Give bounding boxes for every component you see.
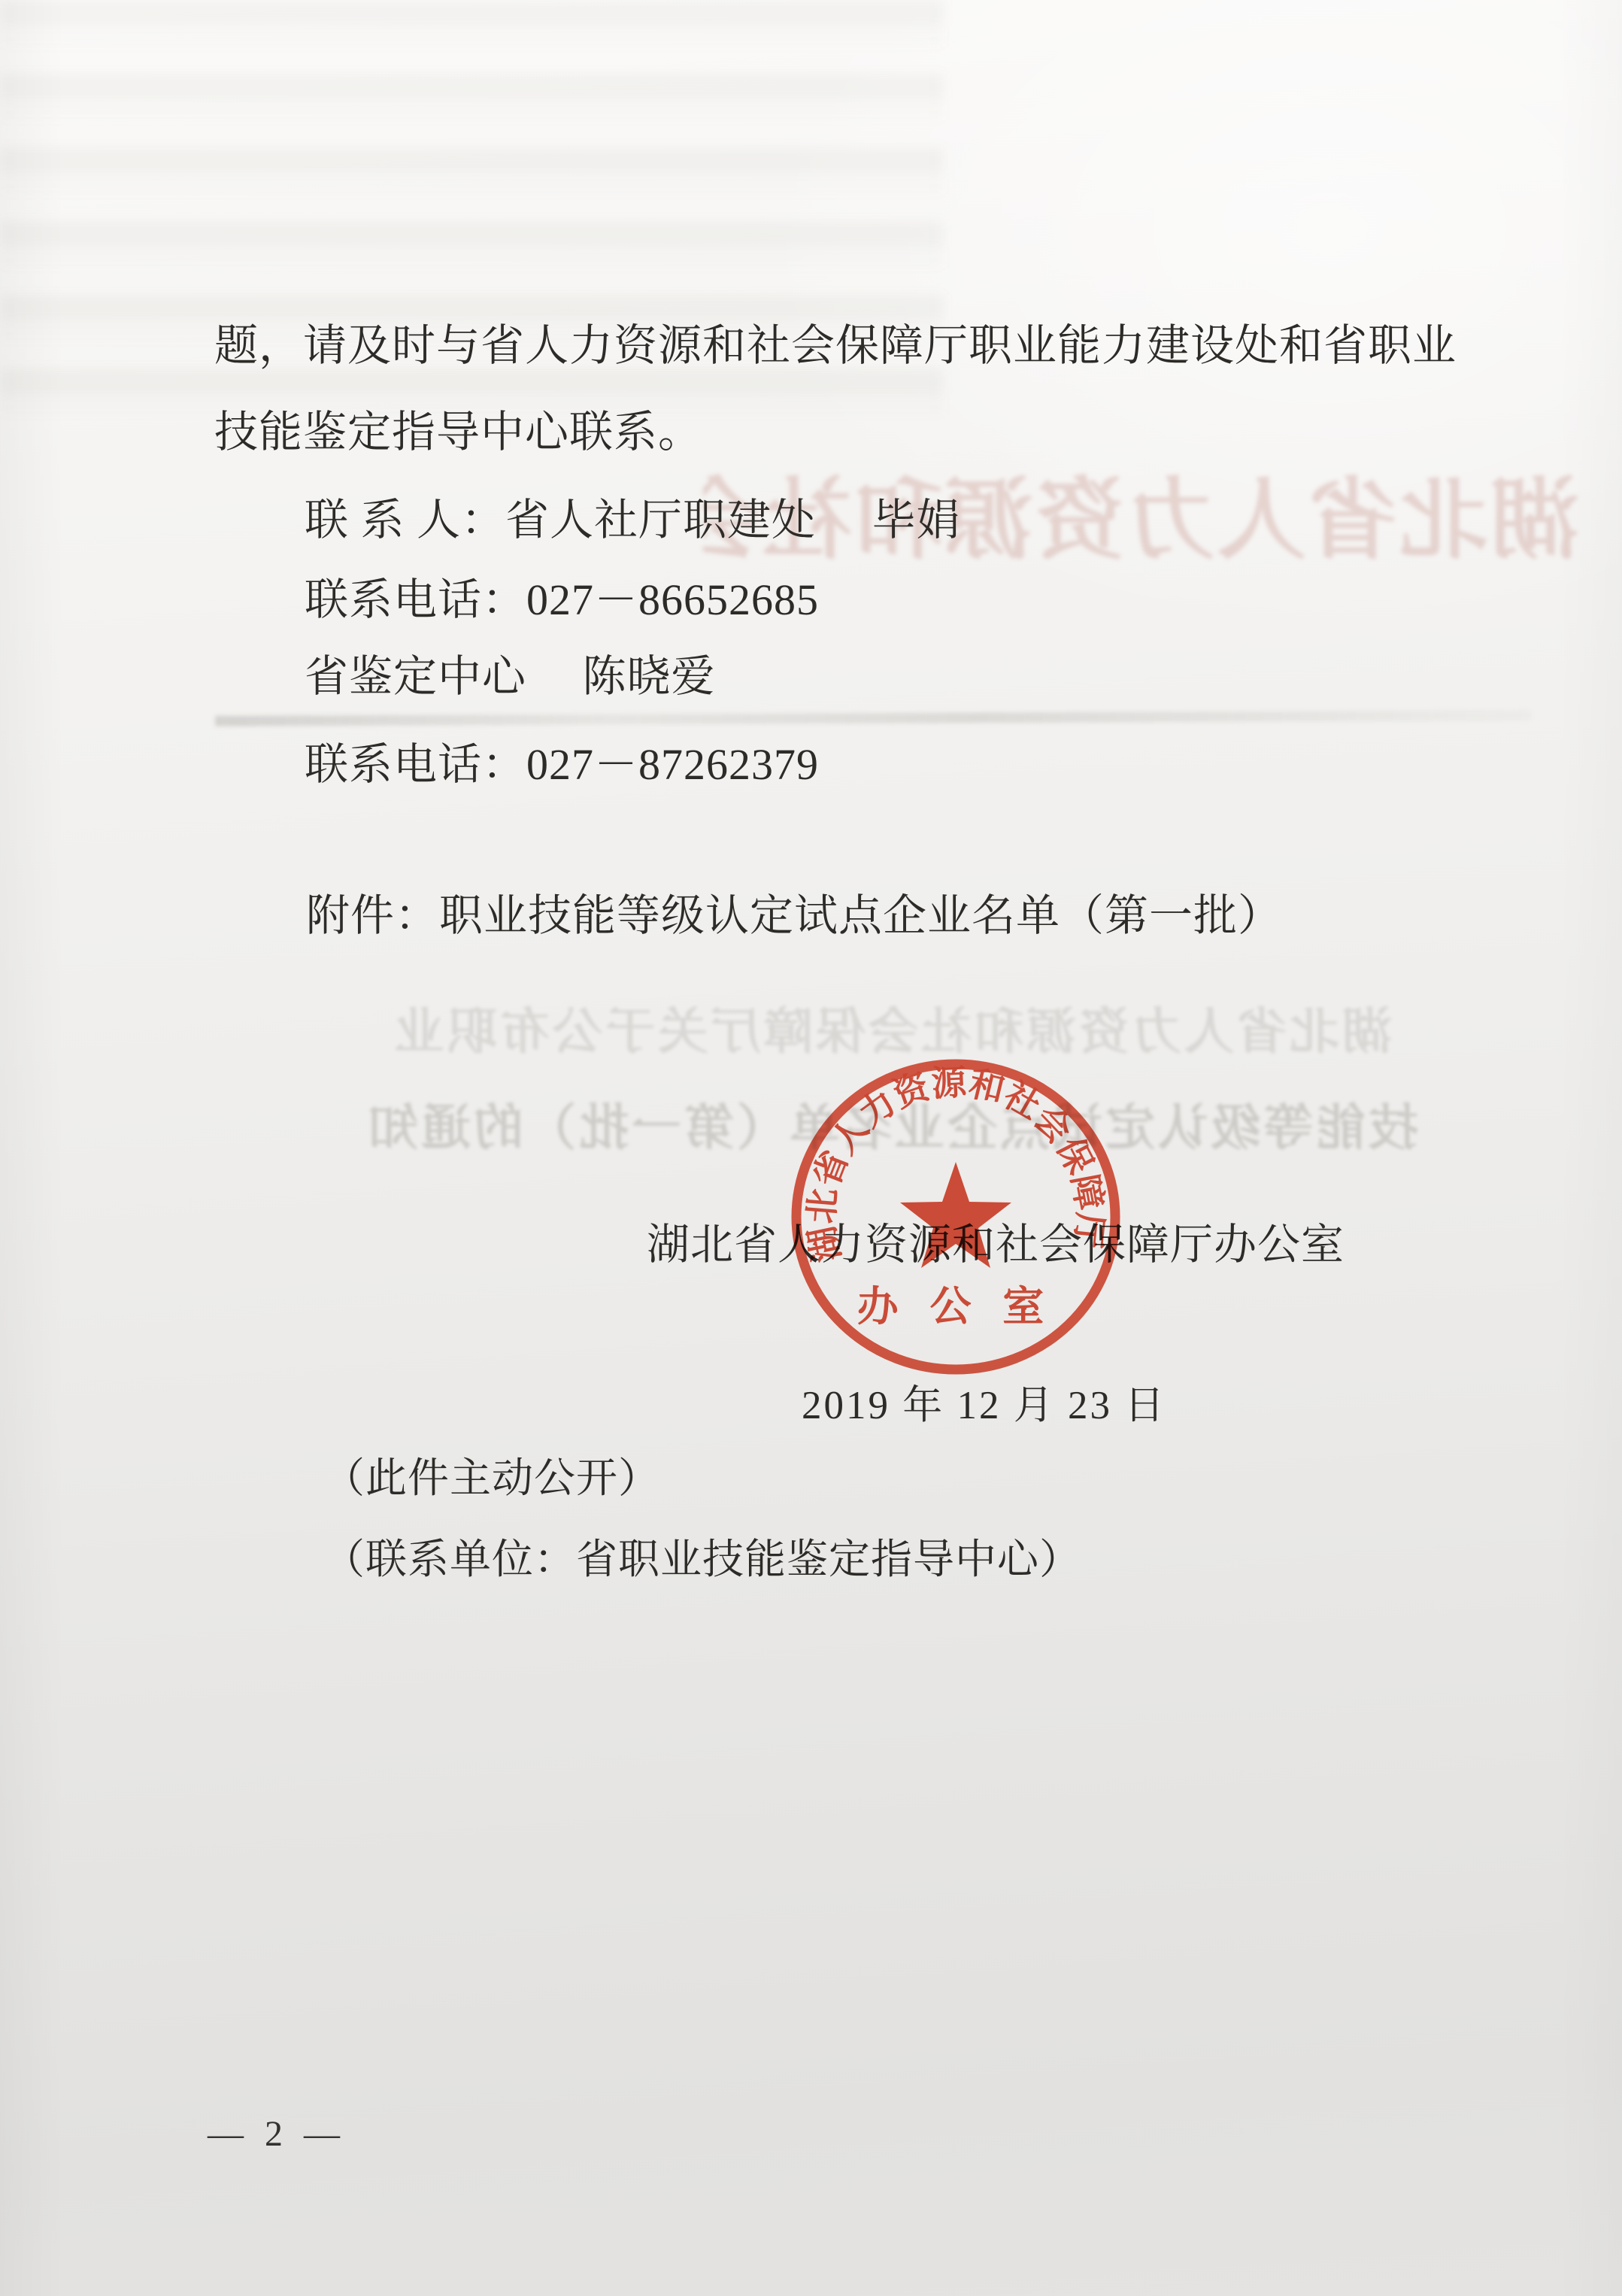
center-contact-line: 省鉴定中心 陈晓爱 (305, 651, 716, 702)
page-number: — 2 — (208, 2113, 346, 2156)
note-contact-unit: （联系单位：省职业技能鉴定指导中心） (323, 1536, 1081, 1585)
attachment-line: 附件：职业技能等级认定试点企业名单（第一批） (306, 890, 1282, 942)
contact-phone-line-1: 联系电话：027－86652685 (305, 575, 819, 626)
issue-date: 2019 年 12 月 23 日 (802, 1382, 1166, 1430)
note-public-disclosure: （此件主动公开） (323, 1454, 660, 1503)
seal-star-icon (900, 1162, 1011, 1268)
seal-bottom-text: 办 公 室 (857, 1284, 1055, 1330)
scanned-document-page: 湖北省人力资源和社会保障厅 湖北省人力资源和社会保障厅关于公布职业 技能等级认定… (0, 0, 1622, 2296)
contact-phone-line-2: 联系电话：027－87262379 (305, 739, 819, 790)
scan-smudge-line (215, 710, 1531, 726)
body-line-1: 题，请及时与省人力资源和社会保障厅职业能力建设处和省职业 (214, 320, 1457, 372)
contact-person-line: 联 系 人：省人社厅职建处 毕娟 (305, 495, 961, 546)
body-line-2: 技能鉴定指导中心联系。 (214, 407, 702, 458)
official-seal: 湖北省人力资源和社会保障厅 办 公 室 (783, 1051, 1129, 1382)
